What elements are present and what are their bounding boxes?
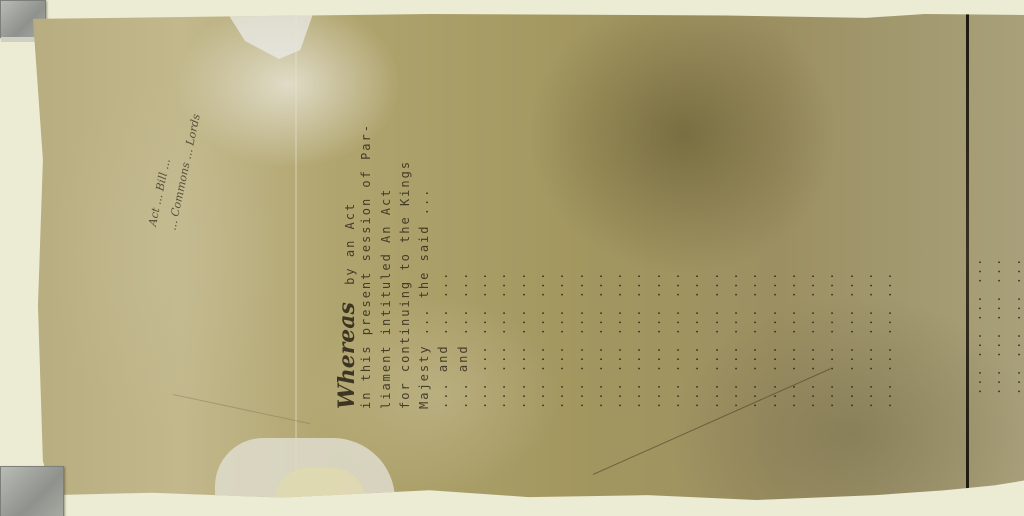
text-line: ... ... ... ... bbox=[531, 29, 550, 409]
parchment-sheet: Act ... Bill ... ... Commons ... Lords W… bbox=[33, 14, 1024, 500]
text-line: ... ... ... ... bbox=[570, 29, 589, 409]
mounting-clip-bottom-left bbox=[0, 466, 64, 516]
text-line: ... ... ... ... bbox=[473, 29, 492, 409]
document-viewer: Act ... Bill ... ... Commons ... Lords W… bbox=[0, 0, 1024, 516]
text-line: ... ... ... ... bbox=[705, 29, 724, 409]
text-line: ... ... ... ... bbox=[1007, 15, 1024, 395]
repair-patch-top bbox=[228, 14, 313, 59]
text-line: ... ... ... ... bbox=[627, 29, 646, 409]
crease-line bbox=[173, 394, 310, 424]
text-line: ... ... ... ... bbox=[968, 15, 987, 395]
endorsement: Act ... Bill ... ... Commons ... Lords bbox=[143, 0, 244, 232]
text-line: ... ... ... ... bbox=[685, 29, 704, 409]
text-line: ... ... ... ... bbox=[763, 29, 782, 409]
continuation-text: ... ... ... ... ... ... ... ... ... ... … bbox=[968, 15, 1024, 395]
text-line: ... ... ... ... bbox=[878, 29, 897, 409]
text-line: ... ... ... ... bbox=[743, 29, 762, 409]
text-line: ... ... ... ... bbox=[512, 29, 531, 409]
text-line: ... ... ... ... bbox=[782, 29, 801, 409]
text-line: ... ... ... ... bbox=[589, 29, 608, 409]
text-line: ... ... ... ... bbox=[859, 29, 878, 409]
text-line: ... ... ... ... bbox=[666, 29, 685, 409]
text-line: ... ... ... ... bbox=[987, 15, 1006, 395]
text-line: for continuing to the Kings bbox=[396, 29, 415, 409]
initial-word: Whereas bbox=[334, 302, 360, 409]
fold-line bbox=[295, 14, 297, 500]
repair-patch-inner bbox=[275, 468, 365, 500]
text-line: Whereas by an Act bbox=[338, 29, 357, 409]
text-line: ... and ... ... bbox=[454, 29, 473, 409]
text-line: ... ... ... ... bbox=[608, 29, 627, 409]
text-line: liament intituled An Act bbox=[377, 29, 396, 409]
text-line: ... ... ... ... bbox=[724, 29, 743, 409]
repair-patch-bottom bbox=[215, 438, 395, 500]
text-line: ... ... ... ... bbox=[492, 29, 511, 409]
text-line: ... ... ... ... bbox=[550, 29, 569, 409]
main-text: Whereas by an Act in this present sessio… bbox=[338, 29, 898, 409]
text-line: ... ... ... ... bbox=[820, 29, 839, 409]
text-line-content: by an Act bbox=[343, 202, 357, 285]
text-line: Majesty ... the said ... bbox=[415, 29, 434, 409]
text-line: in this present session of Par- bbox=[357, 29, 376, 409]
text-line: ... ... ... ... bbox=[647, 29, 666, 409]
text-line: ... ... ... ... bbox=[801, 29, 820, 409]
text-line: ... ... ... ... bbox=[840, 29, 859, 409]
text-line: ... and ... ... bbox=[434, 29, 453, 409]
